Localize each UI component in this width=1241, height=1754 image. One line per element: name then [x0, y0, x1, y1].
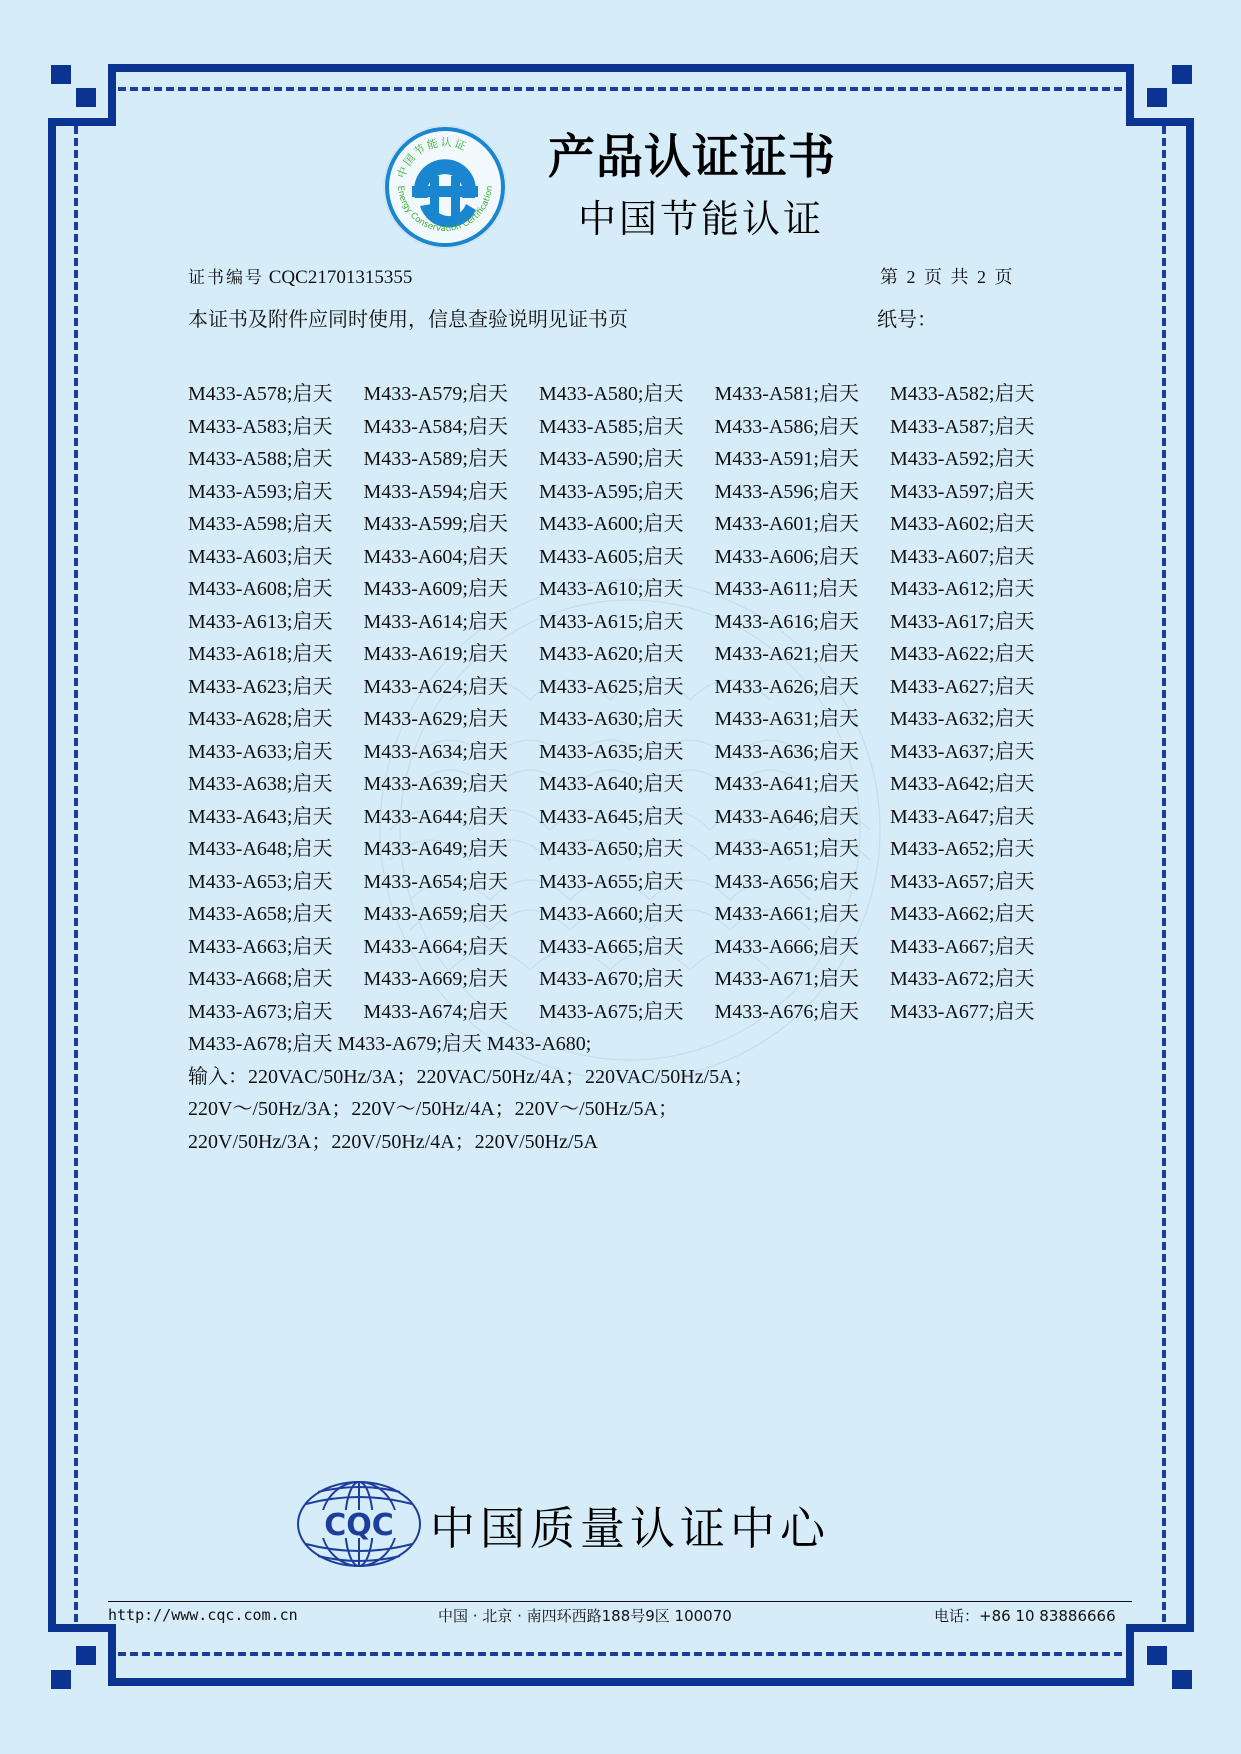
- model-entry: M433-A600;启天: [539, 508, 715, 541]
- model-row: M433-A668;启天M433-A669;启天M433-A670;启天M433…: [188, 963, 1068, 996]
- model-entry: M433-A587;启天: [890, 411, 1066, 444]
- model-entry: M433-A615;启天: [539, 606, 715, 639]
- model-entry: M433-A658;启天: [188, 898, 364, 931]
- model-row: M433-A638;启天M433-A639;启天M433-A640;启天M433…: [188, 768, 1068, 801]
- model-row: M433-A628;启天M433-A629;启天M433-A630;启天M433…: [188, 703, 1068, 736]
- model-entry: M433-A620;启天: [539, 638, 715, 671]
- model-row: M433-A588;启天M433-A589;启天M433-A590;启天M433…: [188, 443, 1068, 476]
- footer-phone: 电话：+86 10 83886666: [934, 1605, 1116, 1626]
- model-entry: M433-A634;启天: [364, 736, 540, 769]
- model-entry: M433-A665;启天: [539, 931, 715, 964]
- model-row: M433-A608;启天M433-A609;启天M433-A610;启天M433…: [188, 573, 1068, 606]
- model-entry: M433-A637;启天: [890, 736, 1066, 769]
- certificate-number: 证书编号 CQC21701315355: [188, 263, 412, 289]
- model-entry: M433-A628;启天: [188, 703, 364, 736]
- model-entry: M433-A669;启天: [364, 963, 540, 996]
- model-entry: M433-A633;启天: [188, 736, 364, 769]
- model-row: M433-A613;启天M433-A614;启天M433-A615;启天M433…: [188, 606, 1068, 639]
- model-entry: M433-A659;启天: [364, 898, 540, 931]
- issuer-name: 中国质量认证中心: [430, 1492, 830, 1557]
- model-entry: M433-A638;启天: [188, 768, 364, 801]
- model-entry: M433-A656;启天: [715, 866, 891, 899]
- certificate-number-label: 证书编号: [188, 268, 264, 288]
- model-entry: M433-A625;启天: [539, 671, 715, 704]
- model-entry: M433-A621;启天: [715, 638, 891, 671]
- model-entry: M433-A578;启天: [188, 378, 364, 411]
- model-entry: M433-A613;启天: [188, 606, 364, 639]
- model-row: M433-A653;启天M433-A654;启天M433-A655;启天M433…: [188, 866, 1068, 899]
- model-entry: M433-A662;启天: [890, 898, 1066, 931]
- model-row: M433-A673;启天M433-A674;启天M433-A675;启天M433…: [188, 996, 1068, 1029]
- cqc-globe-logo: CQC: [296, 1480, 422, 1568]
- model-entry: M433-A655;启天: [539, 866, 715, 899]
- model-entry: M433-A675;启天: [539, 996, 715, 1029]
- model-entry: M433-A595;启天: [539, 476, 715, 509]
- model-entry: M433-A594;启天: [364, 476, 540, 509]
- model-entry: M433-A614;启天: [364, 606, 540, 639]
- model-entry: M433-A649;启天: [364, 833, 540, 866]
- model-entry: M433-A611;启天: [715, 573, 891, 606]
- model-entry: M433-A639;启天: [364, 768, 540, 801]
- model-entry: M433-A601;启天: [715, 508, 891, 541]
- model-entry: M433-A644;启天: [364, 801, 540, 834]
- footer-divider: [108, 1601, 1132, 1602]
- model-row: M433-A578;启天M433-A579;启天M433-A580;启天M433…: [188, 378, 1068, 411]
- model-entry: M433-A632;启天: [890, 703, 1066, 736]
- certificate-subtitle: 中国节能认证: [578, 188, 824, 243]
- model-row: M433-A648;启天M433-A649;启天M433-A650;启天M433…: [188, 833, 1068, 866]
- footer-website-link[interactable]: http://www.cqc.com.cn: [108, 1606, 298, 1624]
- model-entry: M433-A583;启天: [188, 411, 364, 444]
- model-entry: M433-A653;启天: [188, 866, 364, 899]
- model-entry: M433-A607;启天: [890, 541, 1066, 574]
- model-entry: M433-A591;启天: [715, 443, 891, 476]
- energy-conservation-logo: 中国节能认证 Energy Conservation Certification: [382, 124, 508, 250]
- input-spec-line: 输入：220VAC/50Hz/3A；220VAC/50Hz/4A；220VAC/…: [188, 1061, 1068, 1094]
- model-rows: M433-A578;启天M433-A579;启天M433-A580;启天M433…: [188, 378, 1068, 1028]
- model-entry: M433-A631;启天: [715, 703, 891, 736]
- model-row: M433-A603;启天M433-A604;启天M433-A605;启天M433…: [188, 541, 1068, 574]
- model-row: M433-A658;启天M433-A659;启天M433-A660;启天M433…: [188, 898, 1068, 931]
- model-entry: M433-A619;启天: [364, 638, 540, 671]
- model-row: M433-A663;启天M433-A664;启天M433-A665;启天M433…: [188, 931, 1068, 964]
- model-entry: M433-A604;启天: [364, 541, 540, 574]
- model-entry: M433-A597;启天: [890, 476, 1066, 509]
- model-entry: M433-A657;启天: [890, 866, 1066, 899]
- model-entry: M433-A581;启天: [715, 378, 891, 411]
- model-entry: M433-A586;启天: [715, 411, 891, 444]
- model-entry: M433-A622;启天: [890, 638, 1066, 671]
- model-row: M433-A623;启天M433-A624;启天M433-A625;启天M433…: [188, 671, 1068, 704]
- model-entry: M433-A617;启天: [890, 606, 1066, 639]
- paper-number-label: 纸号：: [877, 303, 937, 332]
- usage-note: 本证书及附件应同时使用，信息查验说明见证书页: [188, 303, 628, 332]
- footer-address: 中国 · 北京 · 南四环西路188号9区 100070: [438, 1605, 732, 1626]
- model-entry: M433-A602;启天: [890, 508, 1066, 541]
- model-entry: M433-A582;启天: [890, 378, 1066, 411]
- model-entry: M433-A677;启天: [890, 996, 1066, 1029]
- model-row: M433-A583;启天M433-A584;启天M433-A585;启天M433…: [188, 411, 1068, 444]
- model-entry: M433-A599;启天: [364, 508, 540, 541]
- model-entry: M433-A636;启天: [715, 736, 891, 769]
- model-entry: M433-A647;启天: [890, 801, 1066, 834]
- model-entry: M433-A668;启天: [188, 963, 364, 996]
- model-row: M433-A598;启天M433-A599;启天M433-A600;启天M433…: [188, 508, 1068, 541]
- model-entry: M433-A630;启天: [539, 703, 715, 736]
- model-entry: M433-A592;启天: [890, 443, 1066, 476]
- model-entry: M433-A651;启天: [715, 833, 891, 866]
- model-entry: M433-A579;启天: [364, 378, 540, 411]
- model-entry: M433-A606;启天: [715, 541, 891, 574]
- model-entry: M433-A590;启天: [539, 443, 715, 476]
- model-entry: M433-A672;启天: [890, 963, 1066, 996]
- model-entry: M433-A635;启天: [539, 736, 715, 769]
- model-entry: M433-A652;启天: [890, 833, 1066, 866]
- model-entry: M433-A661;启天: [715, 898, 891, 931]
- model-entry: M433-A623;启天: [188, 671, 364, 704]
- model-entry: M433-A670;启天: [539, 963, 715, 996]
- model-entry: M433-A643;启天: [188, 801, 364, 834]
- model-entry: M433-A667;启天: [890, 931, 1066, 964]
- model-entry: M433-A646;启天: [715, 801, 891, 834]
- model-entry: M433-A603;启天: [188, 541, 364, 574]
- model-row: M433-A633;启天M433-A634;启天M433-A635;启天M433…: [188, 736, 1068, 769]
- model-list: M433-A578;启天M433-A579;启天M433-A580;启天M433…: [188, 378, 1068, 1158]
- model-entry: M433-A610;启天: [539, 573, 715, 606]
- model-entry: M433-A671;启天: [715, 963, 891, 996]
- model-entry: M433-A598;启天: [188, 508, 364, 541]
- model-entry: M433-A584;启天: [364, 411, 540, 444]
- model-entry: M433-A608;启天: [188, 573, 364, 606]
- certificate-number-value: CQC21701315355: [269, 267, 413, 288]
- model-entry: M433-A673;启天: [188, 996, 364, 1029]
- model-entry: M433-A676;启天: [715, 996, 891, 1029]
- model-entry: M433-A605;启天: [539, 541, 715, 574]
- model-entry: M433-A654;启天: [364, 866, 540, 899]
- model-list-tail: M433-A678;启天 M433-A679;启天 M433-A680;: [188, 1028, 1068, 1061]
- model-entry: M433-A666;启天: [715, 931, 891, 964]
- model-entry: M433-A629;启天: [364, 703, 540, 736]
- model-entry: M433-A593;启天: [188, 476, 364, 509]
- model-row: M433-A593;启天M433-A594;启天M433-A595;启天M433…: [188, 476, 1068, 509]
- model-entry: M433-A627;启天: [890, 671, 1066, 704]
- page-indicator: 第 2 页 共 2 页: [880, 263, 1015, 289]
- model-entry: M433-A664;启天: [364, 931, 540, 964]
- model-row: M433-A618;启天M433-A619;启天M433-A620;启天M433…: [188, 638, 1068, 671]
- model-entry: M433-A589;启天: [364, 443, 540, 476]
- model-entry: M433-A674;启天: [364, 996, 540, 1029]
- input-spec-line: 220V/50Hz/3A；220V/50Hz/4A；220V/50Hz/5A: [188, 1126, 1068, 1159]
- model-entry: M433-A660;启天: [539, 898, 715, 931]
- svg-text:CQC: CQC: [324, 1508, 394, 1543]
- model-entry: M433-A596;启天: [715, 476, 891, 509]
- model-entry: M433-A612;启天: [890, 573, 1066, 606]
- model-entry: M433-A616;启天: [715, 606, 891, 639]
- model-entry: M433-A640;启天: [539, 768, 715, 801]
- model-entry: M433-A585;启天: [539, 411, 715, 444]
- model-entry: M433-A641;启天: [715, 768, 891, 801]
- model-entry: M433-A580;启天: [539, 378, 715, 411]
- model-entry: M433-A626;启天: [715, 671, 891, 704]
- certificate-title: 产品认证证书: [548, 120, 836, 187]
- model-row: M433-A643;启天M433-A644;启天M433-A645;启天M433…: [188, 801, 1068, 834]
- model-entry: M433-A645;启天: [539, 801, 715, 834]
- input-spec-line: 220V～/50Hz/3A；220V～/50Hz/4A；220V～/50Hz/5…: [188, 1093, 1068, 1126]
- model-entry: M433-A663;启天: [188, 931, 364, 964]
- model-entry: M433-A648;启天: [188, 833, 364, 866]
- model-entry: M433-A624;启天: [364, 671, 540, 704]
- model-entry: M433-A609;启天: [364, 573, 540, 606]
- model-entry: M433-A642;启天: [890, 768, 1066, 801]
- model-entry: M433-A588;启天: [188, 443, 364, 476]
- model-entry: M433-A618;启天: [188, 638, 364, 671]
- model-entry: M433-A650;启天: [539, 833, 715, 866]
